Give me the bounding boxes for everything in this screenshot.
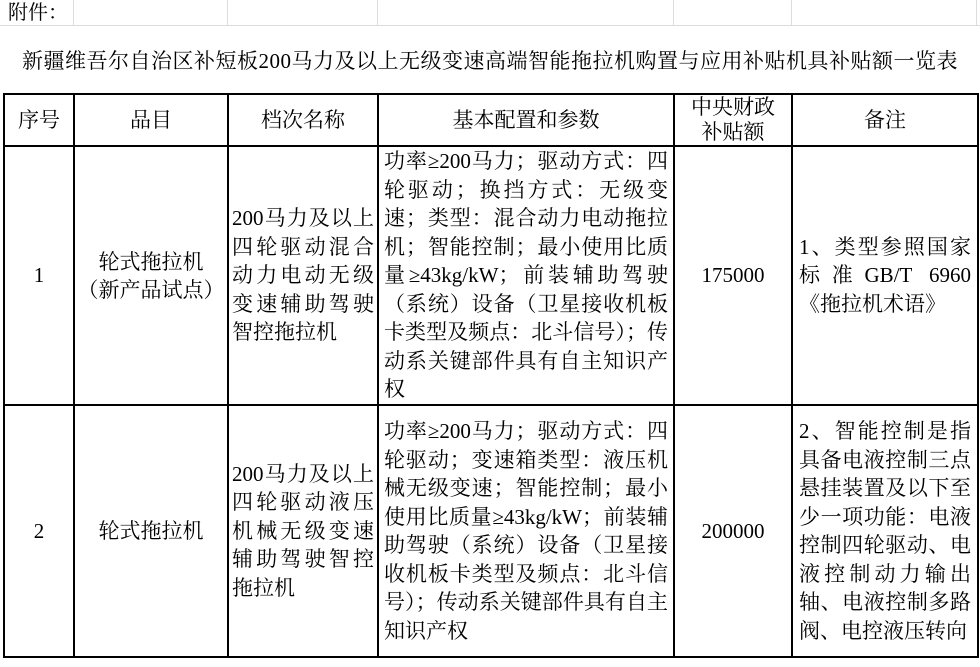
attachment-row: 附件： — [0, 0, 980, 26]
cell-index: 2 — [4, 405, 74, 657]
col-header-index: 序号 — [4, 94, 74, 146]
cell-grade: 200马力及以上四轮驱动液压机械无级变速辅助驾驶智控拖拉机 — [228, 405, 378, 657]
table-header-row: 序号 品目 档次名称 基本配置和参数 中央财政 补贴额 备注 — [4, 94, 978, 146]
cell-subsidy: 200000 — [674, 405, 792, 657]
faint-gridline — [976, 0, 977, 25]
table-row: 2 轮式拖拉机 200马力及以上四轮驱动液压机械无级变速辅助驾驶智控拖拉机 功率… — [4, 405, 978, 657]
col-header-grade: 档次名称 — [228, 94, 378, 146]
cell-remark: 1、类型参照国家标准GB/T 6960《拖拉机术语》 — [792, 146, 978, 405]
faint-gridline — [791, 0, 792, 25]
subsidy-table: 序号 品目 档次名称 基本配置和参数 中央财政 补贴额 备注 1 轮式拖拉机 （… — [3, 93, 979, 658]
faint-gridline — [227, 0, 228, 25]
col-header-remark: 备注 — [792, 94, 978, 146]
table-title: 新疆维吾尔自治区补短板200马力及以上无级变速高端智能拖拉机购置与应用补贴机具补… — [22, 45, 958, 75]
cell-config: 功率≥200马力；驱动方式：四轮驱动；变速箱类型：液压机械无级变速；智能控制；最… — [378, 405, 674, 657]
faint-gridline — [377, 0, 378, 25]
table-row: 1 轮式拖拉机 （新产品试点） 200马力及以上四轮驱动混合动力电动无级变速辅助… — [4, 146, 978, 405]
cell-grade: 200马力及以上四轮驱动混合动力电动无级变速辅助驾驶智控拖拉机 — [228, 146, 378, 405]
attachment-label: 附件： — [8, 1, 68, 25]
cell-item: 轮式拖拉机 （新产品试点） — [74, 146, 228, 405]
document-page: 附件： 新疆维吾尔自治区补短板200马力及以上无级变速高端智能拖拉机购置与应用补… — [0, 0, 980, 667]
cell-remark: 2、智能控制是指具备电液控制三点悬挂装置及以下至少一项功能：电液控制四轮驱动、电… — [792, 405, 978, 657]
cell-item: 轮式拖拉机 — [74, 405, 228, 657]
table-title-row: 新疆维吾尔自治区补短板200马力及以上无级变速高端智能拖拉机购置与应用补贴机具补… — [0, 26, 980, 93]
faint-gridline — [73, 0, 74, 25]
faint-gridline — [673, 0, 674, 25]
col-header-config: 基本配置和参数 — [378, 94, 674, 146]
cell-index: 1 — [4, 146, 74, 405]
col-header-subsidy: 中央财政 补贴额 — [674, 94, 792, 146]
cell-subsidy: 175000 — [674, 146, 792, 405]
col-header-item: 品目 — [74, 94, 228, 146]
cell-config: 功率≥200马力；驱动方式：四轮驱动；换挡方式：无级变速；类型：混合动力电动拖拉… — [378, 146, 674, 405]
